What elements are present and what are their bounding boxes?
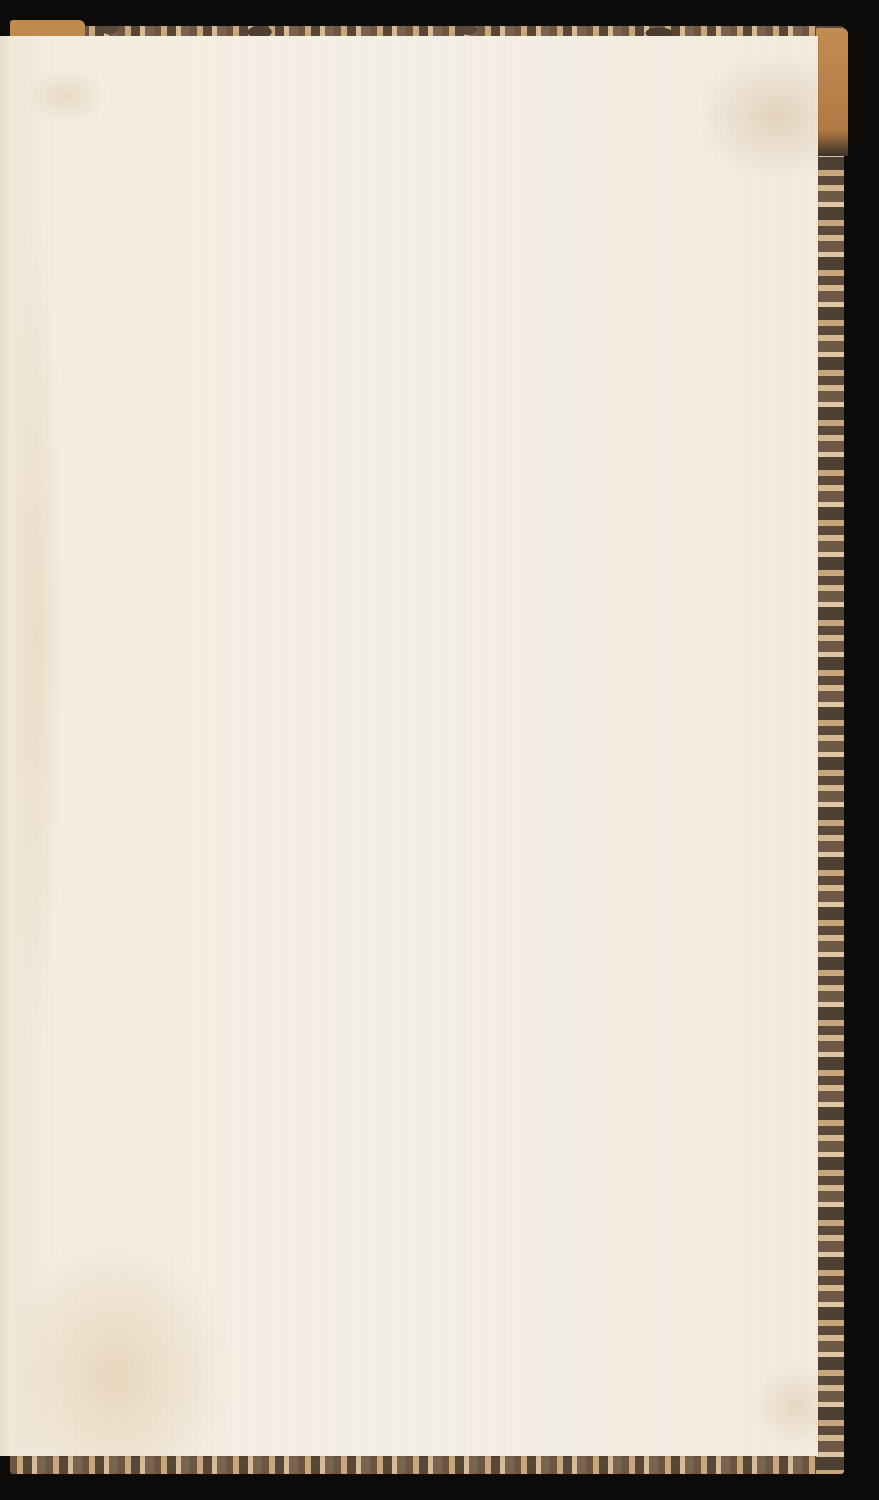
blank-endpaper bbox=[6, 36, 818, 1456]
page-gutter bbox=[0, 36, 18, 1456]
leather-corner-top-right bbox=[816, 28, 848, 156]
marbled-cover-fore-edge bbox=[816, 26, 844, 1474]
